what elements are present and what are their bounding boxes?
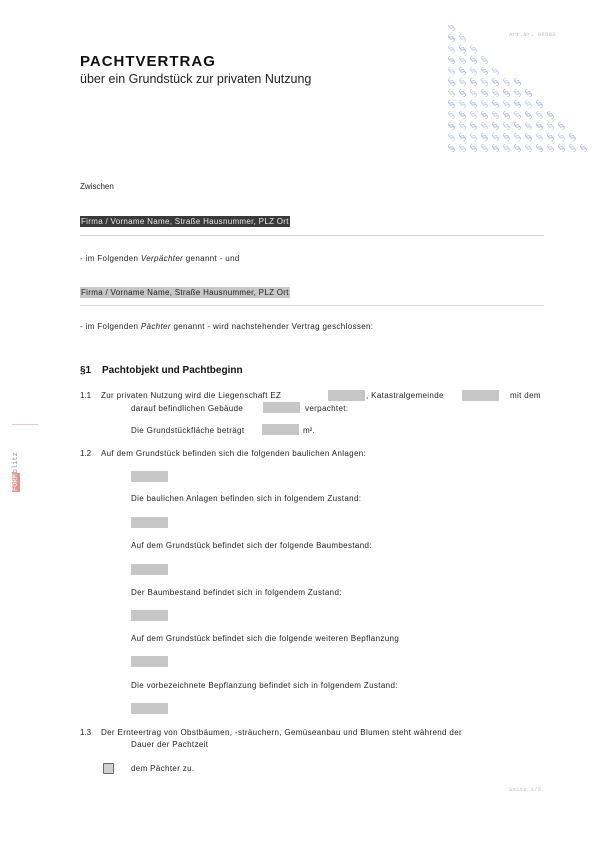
svg-text:§: § <box>534 99 545 110</box>
svg-text:§: § <box>479 55 490 66</box>
svg-text:§: § <box>448 33 458 44</box>
svg-text:§: § <box>501 121 512 132</box>
clause-1-3-number: 1.3 <box>80 728 91 737</box>
svg-text:§: § <box>490 143 501 154</box>
clause-1-1-line2-b: verpachtet: <box>305 404 348 413</box>
svg-text:§: § <box>545 132 556 143</box>
svg-text:§: § <box>468 110 479 121</box>
svg-text:§: § <box>468 88 479 99</box>
svg-text:§: § <box>534 121 545 132</box>
svg-text:§: § <box>501 88 512 99</box>
lessor-role-post: genannt - und <box>183 254 240 263</box>
svg-text:§: § <box>479 132 490 143</box>
page-number: Seite 1/5 <box>509 786 541 793</box>
clause-1-1-text-a: Zur privaten Nutzung wird die Liegenscha… <box>101 391 281 400</box>
svg-text:§: § <box>545 121 556 132</box>
prompt-structures-condition: Die baulichen Anlagen befinden sich in f… <box>131 494 361 503</box>
svg-text:§: § <box>501 77 512 88</box>
lessor-field[interactable]: Firma / Vorname Name, Straße Hausnummer,… <box>80 216 290 227</box>
svg-text:§: § <box>523 121 534 132</box>
lessee-role: Pächter <box>141 322 171 331</box>
svg-text:§: § <box>523 99 534 110</box>
document-title: PACHTVERTRAG <box>80 53 216 70</box>
lessee-role-post: genannt - wird nachstehender Vertrag ges… <box>171 322 374 331</box>
svg-text:§: § <box>490 88 501 99</box>
svg-text:§: § <box>512 99 523 110</box>
svg-text:§: § <box>501 143 512 154</box>
lessor-role: Verpächter <box>141 254 183 263</box>
svg-text:§: § <box>490 77 501 88</box>
svg-text:§: § <box>457 132 468 143</box>
katastralgemeinde-field[interactable] <box>462 390 499 401</box>
brand-form-text: FORM <box>12 473 20 492</box>
svg-text:§: § <box>578 143 589 154</box>
svg-text:§: § <box>512 88 523 99</box>
svg-text:§: § <box>448 99 458 110</box>
svg-text:§: § <box>534 143 545 154</box>
harvest-to-lessee-label: dem Pächter zu. <box>131 764 195 773</box>
svg-text:§: § <box>448 44 458 55</box>
svg-text:§: § <box>448 110 458 121</box>
svg-text:§: § <box>468 121 479 132</box>
lessor-underline <box>80 235 544 236</box>
svg-text:§: § <box>567 143 578 154</box>
svg-text:§: § <box>448 143 458 154</box>
svg-text:§: § <box>512 110 523 121</box>
clause-1-3-line2: Dauer der Pachtzeit <box>131 740 208 749</box>
svg-text:§: § <box>501 99 512 110</box>
harvest-to-lessee-checkbox[interactable] <box>103 763 114 774</box>
svg-text:§: § <box>479 77 490 88</box>
svg-text:§: § <box>523 132 534 143</box>
svg-text:§: § <box>523 143 534 154</box>
svg-text:§: § <box>479 143 490 154</box>
clause-1-2-number: 1.2 <box>80 449 91 458</box>
svg-text:§: § <box>567 132 578 143</box>
clause-1-1-number: 1.1 <box>80 391 91 400</box>
svg-text:§: § <box>448 55 458 66</box>
lessee-role-text: - im Folgenden Pächter genannt - wird na… <box>80 322 373 331</box>
svg-text:§: § <box>457 121 468 132</box>
area-label: Die Grundstückfläche beträgt <box>131 426 244 435</box>
svg-text:§: § <box>468 132 479 143</box>
building-field[interactable] <box>263 402 300 413</box>
planting-condition-field[interactable] <box>131 703 168 714</box>
svg-text:§: § <box>468 55 479 66</box>
svg-text:§: § <box>512 143 523 154</box>
svg-text:§: § <box>523 110 534 121</box>
svg-text:§: § <box>457 99 468 110</box>
brand-divider <box>12 424 38 425</box>
section-1-number: §1 <box>80 365 102 376</box>
svg-text:§: § <box>479 110 490 121</box>
svg-text:§: § <box>490 132 501 143</box>
svg-text:§: § <box>523 88 534 99</box>
article-number: Art.Nr. 06583 <box>509 31 556 38</box>
svg-text:§: § <box>534 110 545 121</box>
planting-field[interactable] <box>131 656 168 667</box>
svg-text:§: § <box>479 66 490 77</box>
trees-condition-field[interactable] <box>131 610 168 621</box>
brand-logo: FORMblitz <box>12 492 22 564</box>
brand-blitz-text: blitz <box>12 452 20 473</box>
prompt-planting: Auf dem Grundstück befindet sich die fol… <box>131 634 399 643</box>
svg-text:§: § <box>457 110 468 121</box>
svg-text:§: § <box>556 143 567 154</box>
lessee-underline <box>80 305 544 306</box>
svg-text:§: § <box>468 143 479 154</box>
trees-field[interactable] <box>131 564 168 575</box>
svg-text:§: § <box>457 66 468 77</box>
prompt-planting-condition: Die vorbezeichnete Bepflanzung befindet … <box>131 681 398 690</box>
svg-text:§: § <box>512 132 523 143</box>
svg-text:§: § <box>501 132 512 143</box>
area-unit: m². <box>303 426 315 435</box>
svg-text:§: § <box>534 132 545 143</box>
svg-text:§: § <box>457 88 468 99</box>
svg-text:§: § <box>448 132 458 143</box>
ez-field[interactable] <box>328 390 365 401</box>
clause-1-1-text-b: , Katastralgemeinde <box>366 391 444 400</box>
svg-text:§: § <box>457 143 468 154</box>
svg-text:§: § <box>468 99 479 110</box>
structures-field[interactable] <box>131 471 168 482</box>
clause-1-1-line2-a: darauf befindlichen Gebäude <box>131 404 243 413</box>
document-subtitle: über ein Grundstück zur privaten Nutzung <box>80 72 311 86</box>
svg-text:§: § <box>479 88 490 99</box>
svg-text:§: § <box>479 121 490 132</box>
svg-text:§: § <box>545 110 556 121</box>
clause-1-2-intro: Auf dem Grundstück befinden sich die fol… <box>101 449 366 458</box>
prompt-trees: Auf dem Grundstück befindet sich der fol… <box>131 541 372 550</box>
svg-text:§: § <box>457 55 468 66</box>
svg-text:§: § <box>457 33 468 44</box>
svg-text:§: § <box>468 77 479 88</box>
svg-text:§: § <box>556 121 567 132</box>
svg-text:§: § <box>501 110 512 121</box>
paragraph-watermark-pattern: §§§§§§§§§§§§§§§§§§§§§§§§§§§§§§§§§§§§§§§§… <box>448 25 598 155</box>
svg-text:§: § <box>512 77 523 88</box>
svg-text:§: § <box>490 99 501 110</box>
svg-text:§: § <box>545 143 556 154</box>
svg-text:§: § <box>490 121 501 132</box>
area-field[interactable] <box>262 424 299 435</box>
svg-text:§: § <box>448 66 458 77</box>
svg-text:§: § <box>468 66 479 77</box>
structures-condition-field[interactable] <box>131 517 168 528</box>
clause-1-1-text-c: mit dem <box>510 391 541 400</box>
svg-text:§: § <box>512 121 523 132</box>
svg-text:§: § <box>448 25 458 33</box>
lessor-role-pre: - im Folgenden <box>80 254 141 263</box>
prompt-trees-condition: Der Baumbestand befindet sich in folgend… <box>131 588 342 597</box>
svg-text:§: § <box>479 99 490 110</box>
svg-text:§: § <box>556 132 567 143</box>
svg-text:§: § <box>490 66 501 77</box>
svg-text:§: § <box>468 44 479 55</box>
lessee-field[interactable]: Firma / Vorname Name, Straße Hausnummer,… <box>80 287 290 298</box>
svg-text:§: § <box>457 44 468 55</box>
svg-text:§: § <box>448 77 458 88</box>
parties-intro: Zwischen <box>80 182 114 191</box>
clause-1-3-line1: Der Ernteertrag von Obstbäumen, -sträuch… <box>101 728 462 737</box>
section-1-heading: §1Pachtobjekt und Pachtbeginn <box>80 365 243 376</box>
svg-text:§: § <box>490 110 501 121</box>
svg-text:§: § <box>448 88 458 99</box>
lessor-role-text: - im Folgenden Verpächter genannt - und <box>80 254 240 263</box>
lessee-role-pre: - im Folgenden <box>80 322 141 331</box>
svg-text:§: § <box>448 121 458 132</box>
svg-text:§: § <box>457 77 468 88</box>
section-1-title: Pachtobjekt und Pachtbeginn <box>102 365 243 376</box>
